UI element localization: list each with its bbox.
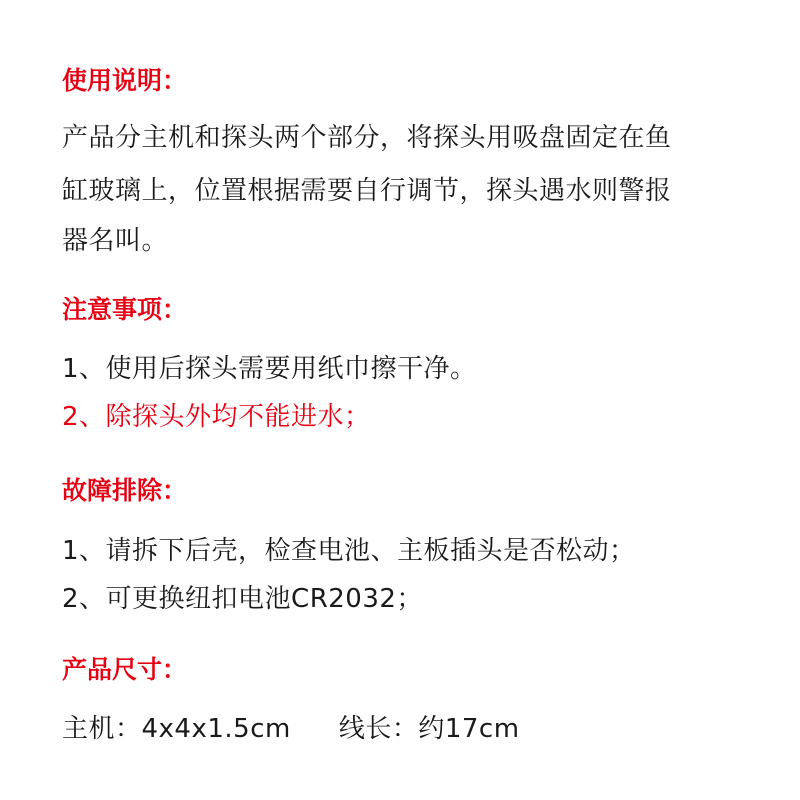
troubleshooting-heading: 故障排除： (62, 478, 187, 503)
usage-line-2: 缸玻璃上，位置根据需要自行调节，探头遇水则警报 (62, 178, 672, 204)
precaution-item-2-warning: 2、除探头外均不能进水； (62, 404, 371, 430)
usage-heading: 使用说明： (62, 68, 187, 93)
precaution-item-1: 1、使用后探头需要用纸巾擦干净。 (62, 356, 477, 382)
troubleshooting-item-1: 1、请拆下后壳，检查电池、主板插头是否松动； (62, 538, 636, 564)
dimensions-row: 主机：4x4x1.5cm线长：约17cm (62, 716, 520, 742)
cable-length: 线长：约17cm (339, 714, 520, 744)
host-dimensions: 主机：4x4x1.5cm (62, 714, 291, 744)
usage-line-1: 产品分主机和探头两个部分，将探头用吸盘固定在鱼 (62, 125, 672, 151)
dimensions-heading: 产品尺寸： (62, 657, 187, 682)
usage-line-3: 器名叫。 (62, 228, 168, 254)
troubleshooting-item-2: 2、可更换纽扣电池CR2032； (62, 586, 423, 612)
precautions-heading: 注意事项： (62, 297, 187, 322)
